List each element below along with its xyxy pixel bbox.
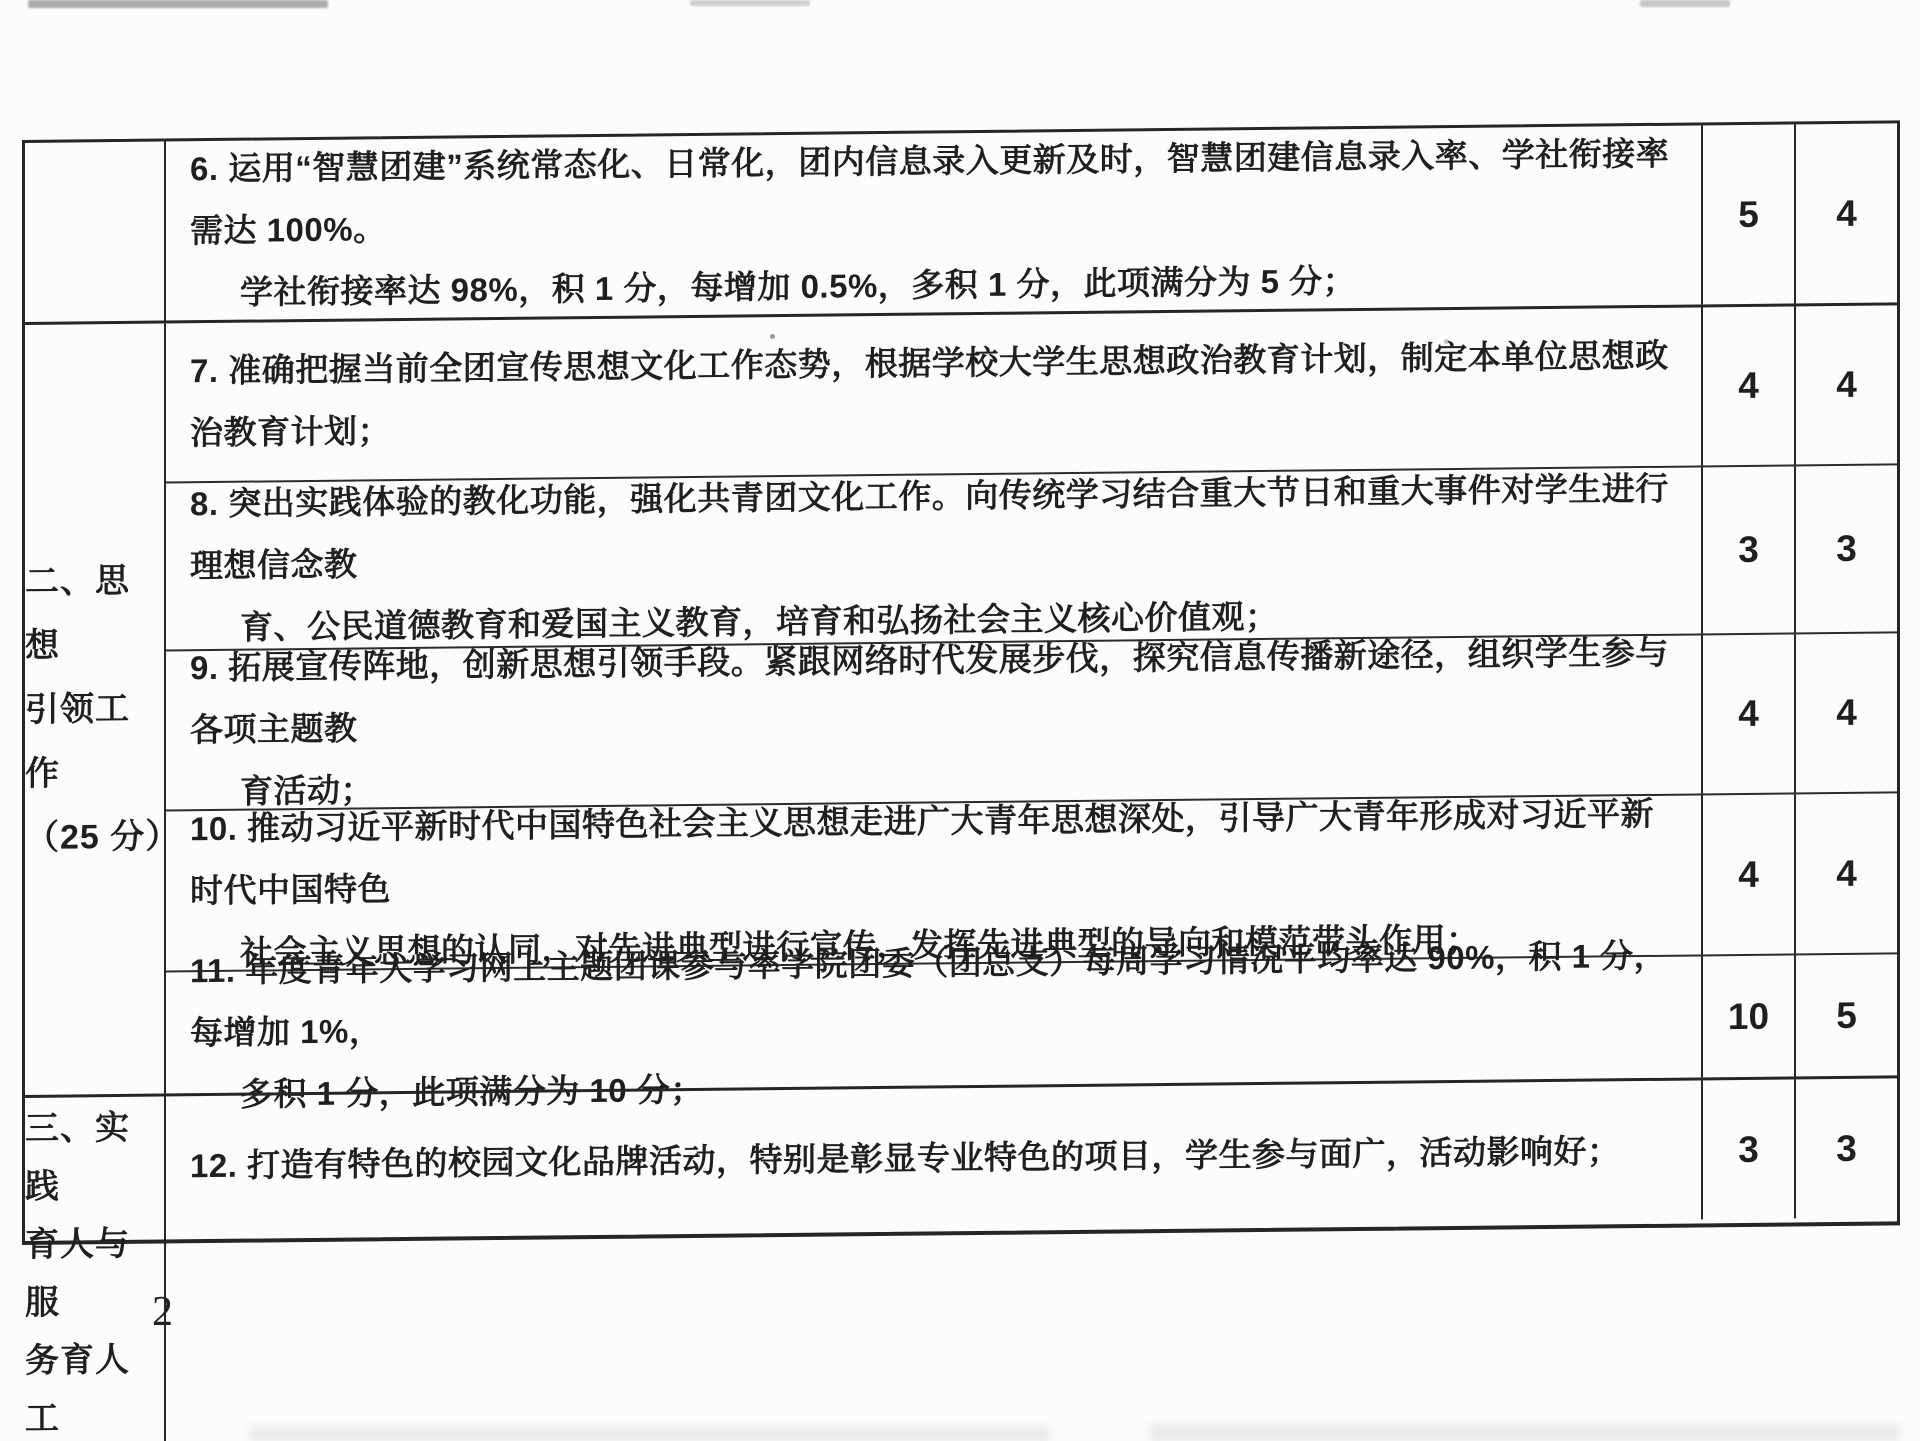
scanned-page: 6. 运用“智慧团建”系统常态化、日常化，团内信息录入更新及时，智慧团建信息录入… (0, 0, 1920, 1441)
section-rows: 7. 准确把握当前全团宣传思想文化工作态势，根据学校大学生思想政治教育计划，制定… (166, 305, 1897, 1093)
score-cell: 4 (1794, 793, 1897, 953)
category-line: 三、实践 (25, 1099, 164, 1216)
max-score-cell: 4 (1701, 306, 1794, 465)
scan-artifact (1640, 0, 1730, 7)
section-rows: 12. 打造有特色的校园文化品牌活动，特别是彰显专业特色的项目，学生参与面广，活… (166, 1078, 1897, 1441)
category-line: 二、思想 (25, 549, 164, 678)
category-line: 引领工作 (25, 677, 164, 806)
score-cell: 4 (1794, 305, 1897, 464)
category-cell: 二、思想引领工作（25 分） (25, 323, 166, 1094)
category-line: （25 分） (25, 805, 164, 870)
item-text: 8. 突出实践体验的教化功能，强化共青团文化工作。向传统学习结合重大节日和重大事… (166, 467, 1701, 649)
scan-artifact (690, 0, 810, 6)
item-text-line: 10. 推动习近平新时代中国特色社会主义思想走进广大青年思想深处，引导广大青年形… (190, 782, 1683, 922)
table-row: 6. 运用“智慧团建”系统常态化、日常化，团内信息录入更新及时，智慧团建信息录入… (166, 123, 1897, 320)
max-score-cell: 3 (1701, 466, 1794, 633)
item-text-line: 6. 运用“智慧团建”系统常态化、日常化，团内信息录入更新及时，智慧团建信息录入… (190, 122, 1683, 262)
table-section: 6. 运用“智慧团建”系统常态化、日常化，团内信息录入更新及时，智慧团建信息录入… (25, 123, 1897, 322)
item-text: 11. 年度青年大学习网上主题团课参与率学院团委（团总支）每周学习情况平均率达 … (166, 956, 1701, 1093)
table-row: 7. 准确把握当前全团宣传思想文化工作态势，根据学校大学生思想政治教育计划，制定… (166, 305, 1897, 481)
scan-artifact (28, 0, 328, 8)
item-text-line: 9. 拓展宣传阵地，创新思想引领手段。紧跟网络时代发展步伐，探究信息传播新途径，… (190, 622, 1683, 762)
category-cell (25, 141, 166, 321)
item-text-line: 11. 年度青年大学习网上主题团课参与率学院团委（团总支）每周学习情况平均率达 … (190, 924, 1683, 1064)
max-score-cell: 4 (1701, 794, 1794, 954)
score-cell: 4 (1794, 123, 1897, 303)
table-row: 12. 打造有特色的校园文化品牌活动，特别是彰显专业特色的项目，学生参与面广，活… (166, 1078, 1897, 1235)
score-cell: 5 (1794, 954, 1897, 1076)
table-row: 11. 年度青年大学习网上主题团课参与率学院团委（团总支）每周学习情况平均率达 … (166, 952, 1897, 1093)
item-text: 12. 打造有特色的校园文化品牌活动，特别是彰显专业特色的项目，学生参与面广，活… (166, 1080, 1701, 1235)
item-text: 6. 运用“智慧团建”系统常态化、日常化，团内信息录入更新及时，智慧团建信息录入… (166, 125, 1701, 320)
item-text: 7. 准确把握当前全团宣传思想文化工作态势，根据学校大学生思想政治教育计划，制定… (166, 307, 1701, 481)
score-cell: 4 (1794, 633, 1897, 792)
score-cell: 3 (1794, 465, 1897, 632)
max-score-cell: 10 (1701, 955, 1794, 1077)
category-line: 务育人工 (25, 1331, 164, 1441)
score-cell: 3 (1794, 1078, 1897, 1218)
max-score-cell: 3 (1701, 1079, 1794, 1219)
item-text-line: 12. 打造有特色的校园文化品牌活动，特别是彰显专业特色的项目，学生参与面广，活… (190, 1119, 1683, 1197)
evaluation-table: 6. 运用“智慧团建”系统常态化、日常化，团内信息录入更新及时，智慧团建信息录入… (22, 120, 1900, 1245)
category-cell: 三、实践育人与服务育人工 (25, 1096, 166, 1441)
item-text-line: 7. 准确把握当前全团宣传思想文化工作态势，根据学校大学生思想政治教育计划，制定… (190, 325, 1683, 465)
max-score-cell: 5 (1701, 124, 1794, 304)
table-section: 二、思想引领工作（25 分）7. 准确把握当前全团宣传思想文化工作态势，根据学校… (25, 302, 1897, 1095)
item-text-line: 8. 突出实践体验的教化功能，强化共青团文化工作。向传统学习结合重大节日和重大事… (190, 458, 1683, 598)
max-score-cell: 4 (1701, 634, 1794, 793)
table-section: 三、实践育人与服务育人工12. 打造有特色的校园文化品牌活动，特别是彰显专业特色… (25, 1075, 1897, 1441)
page-number: 2 (152, 1288, 173, 1336)
category-line: 育人与服 (25, 1215, 164, 1332)
section-rows: 6. 运用“智慧团建”系统常态化、日常化，团内信息录入更新及时，智慧团建信息录入… (166, 123, 1897, 320)
